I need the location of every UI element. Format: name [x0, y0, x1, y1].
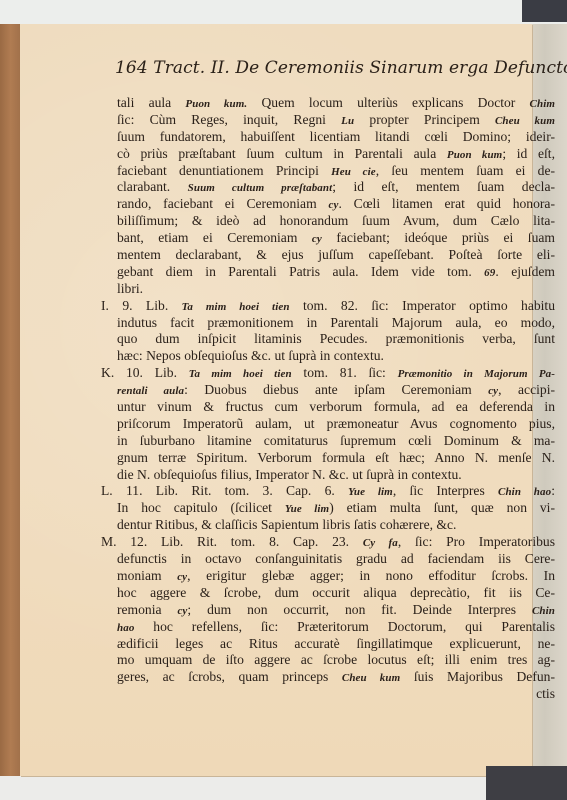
italic-term: Cheu kum [495, 115, 555, 127]
text-line: die N. obſequioſus filius, Imperator N. … [117, 467, 555, 484]
running-head-title: Tract. II. De Ceremoniis Sinarum erga De… [153, 58, 567, 78]
text-line: bant, etiam ei Ceremoniam cy faciebant; … [117, 230, 555, 247]
italic-term: Chin hao [498, 486, 551, 498]
text-line: moniam cy, erigitur glebæ agger; in nono… [117, 568, 555, 585]
text-line: rando, faciebant ei Ceremoniam cy. Cœli … [117, 196, 555, 213]
text-line: gebant diem in Parentali Patris aula. Id… [117, 264, 555, 281]
text-line: ædificii leges ac Ritus accuratè ſingill… [117, 636, 555, 653]
text-line: hao hoc refellens, ſic: Præteritorum Doc… [117, 619, 555, 636]
text-line: dentur Ritibus, & claſſicis Sapientum li… [117, 517, 555, 534]
text-line: In hoc capitulo (ſcilicet Yue lim) etiam… [117, 500, 555, 517]
italic-term: Chin [532, 605, 555, 617]
text-line: clarabant. Suum cultum præſtabant; id eſ… [117, 179, 555, 196]
text-line: quo dum inſpicit litaminis Pecudes. præm… [117, 331, 555, 348]
italic-term: rentali aula [117, 385, 184, 397]
italic-term: Cheu kum [342, 672, 400, 684]
text-line: gnum terræ Spiritum. Verborum formula eſ… [117, 450, 555, 467]
text-line: L. 11. Lib. Rit. tom. 3. Cap. 6. Yue lim… [101, 483, 555, 500]
text-line: tali aula Puon kum. Quem locum ulteriùs … [117, 95, 555, 112]
scan-dark-corner-top [522, 0, 567, 22]
italic-term: Cy fa [363, 537, 398, 549]
text-line: faciebant denuntiationem Principi Heu ci… [117, 163, 555, 180]
italic-term: Suum cultum præſtabant [188, 182, 333, 194]
scan-dark-corner-bottom [486, 766, 567, 800]
text-line: hoc aggere & ſcrobe, dum occurit aliqua … [117, 585, 555, 602]
italic-term: cy [328, 199, 338, 211]
page-body-text: tali aula Puon kum. Quem locum ulteriùs … [117, 95, 555, 703]
italic-term: Puon kum [447, 149, 502, 161]
page-number: 164 [115, 58, 148, 78]
text-line: I. 9. Lib. Ta mim hoei tien tom. 82. ſic… [101, 298, 555, 315]
italic-term: hao [117, 622, 134, 634]
italic-term: Heu cie [331, 166, 376, 178]
text-line: ſic: Cùm Reges, inquit, Regni Lu propter… [117, 112, 555, 129]
italic-term: Ta mim hoei tien [189, 368, 292, 380]
book-spine-edge [0, 24, 21, 776]
italic-term: Chim [530, 98, 555, 110]
text-line: geres, ac ſcrobs, quam princeps Cheu kum… [117, 669, 555, 686]
italic-term: Puon kum. [185, 98, 247, 110]
italic-term: cy [177, 605, 187, 617]
italic-term: cy [312, 233, 322, 245]
text-line: priſcorum Imperatorũ aulam, ut præmoneat… [117, 416, 555, 433]
text-line: indutus facit præmonitionem in Parentali… [117, 315, 555, 332]
italic-term: cy [177, 571, 187, 583]
text-line: defunctis in octavo conſanguinitatis gra… [117, 551, 555, 568]
text-line: ſuum fundatorem, habuiſſent licentiam li… [117, 129, 555, 146]
text-line: libri. [117, 281, 555, 298]
italic-term: Yue lim [285, 503, 329, 515]
text-line: M. 12. Lib. Rit. tom. 8. Cap. 23. Cy fa,… [101, 534, 555, 551]
text-line: rentali aula: Duobus diebus ante ipſam C… [117, 382, 555, 399]
text-line: K. 10. Lib. Ta mim hoei tien tom. 81. ſi… [101, 365, 555, 382]
italic-term: 69 [484, 267, 495, 279]
text-line: hæc: Nepos obſequioſus &c. ut ſuprà in c… [117, 348, 555, 365]
italic-term: Lu [341, 115, 354, 127]
scan-background-top [0, 0, 567, 24]
text-line: mo umquam de iſto aggere ac ſcrobe locut… [117, 652, 555, 669]
text-line: mentem declarabant, & ejus juſſum capeſſ… [117, 247, 555, 264]
italic-term: cy [488, 385, 498, 397]
italic-term: Ta mim hoei tien [182, 301, 290, 313]
text-line: biliſſimum; & ideò ad honorandum ſuum Av… [117, 213, 555, 230]
italic-term: Præmonitio in Majorum Pa- [398, 368, 555, 380]
text-line: remonia cy; dum non occurrit, non fit. D… [117, 602, 555, 619]
italic-term: Yue lim [348, 486, 393, 498]
text-line: ctis [117, 686, 555, 703]
text-line: untur vinum & fructus cum verborum formu… [117, 399, 555, 416]
text-line: cò priùs præſtabant ſuum cultum in Paren… [117, 146, 555, 163]
running-head: 164 Tract. II. De Ceremoniis Sinarum erg… [115, 58, 555, 78]
text-line: in ſuburbano litamine comitaturus ſuprem… [117, 433, 555, 450]
